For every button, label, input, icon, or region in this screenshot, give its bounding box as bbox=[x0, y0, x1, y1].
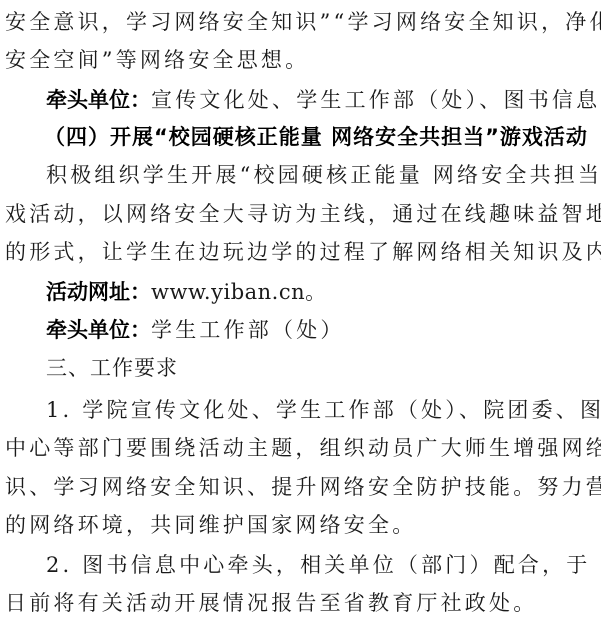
paragraph-line: 的形式，让学生在边玩边学的过程了解网络相关知识及内容。 bbox=[5, 239, 601, 265]
section-heading: 三、工作要求 bbox=[46, 355, 178, 381]
paragraph-line: 的网络环境，共同维护国家网络安全。 bbox=[5, 512, 416, 538]
lead-unit-label: 牵头单位： bbox=[46, 318, 151, 342]
lead-unit-line: 牵头单位：学生工作部（处） bbox=[46, 317, 345, 343]
paragraph-line: 戏活动，以网络安全大寻访为主线，通过在线趣味益智地图游戏 bbox=[5, 201, 601, 227]
activity-url-link[interactable]: www.yiban.cn。 bbox=[151, 280, 327, 304]
lead-unit-label: 牵头单位： bbox=[46, 88, 151, 112]
paragraph-line: 积极组织学生开展“校园硬核正能量 网络安全共担当”游 bbox=[46, 162, 601, 188]
activity-url-line: 活动网址：www.yiban.cn。 bbox=[46, 279, 327, 305]
paragraph-line: 1. 学院宣传文化处、学生工作部（处）、院团委、图书信息 bbox=[46, 397, 601, 423]
lead-unit-value: 学生工作部（处） bbox=[151, 318, 345, 342]
activity-url-label: 活动网址： bbox=[46, 280, 151, 304]
section-heading: （四）开展“校园硬核正能量 网络安全共担当”游戏活动 bbox=[44, 124, 588, 150]
lead-unit-value: 宣传文化处、学生工作部（处）、图书信息中心 bbox=[151, 88, 601, 112]
paragraph-line: 2. 图书信息中心牵头，相关单位（部门）配合，于 9 月 18 bbox=[46, 552, 601, 578]
paragraph-line: 日前将有关活动开展情况报告至省教育厅社政处。 bbox=[5, 590, 537, 616]
paragraph-line: 识、学习网络安全知识、提升网络安全防护技能。努力营造清朗 bbox=[5, 474, 601, 500]
paragraph-line: 安全意识，学习网络安全知识”“学习网络安全知识，净化网络 bbox=[5, 9, 601, 35]
paragraph-line: 安全空间”等网络安全思想。 bbox=[5, 47, 309, 73]
paragraph-line: 中心等部门要围绕活动主题，组织动员广大师生增强网络安全意 bbox=[5, 435, 601, 461]
lead-unit-line: 牵头单位：宣传文化处、学生工作部（处）、图书信息中心 bbox=[46, 87, 601, 113]
